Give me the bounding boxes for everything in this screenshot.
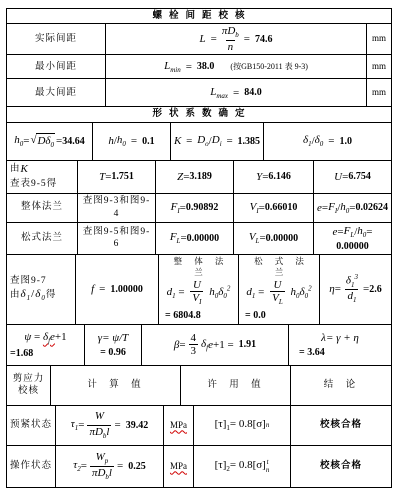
max-spacing-row: 最大间距 Lmax = 84.0 mm (7, 79, 391, 107)
actual-spacing-row: 实际间距 L = πDb n = 74.6 mm (7, 24, 391, 55)
tau2-conclusion: 校核合格 (291, 446, 391, 487)
actual-spacing-value: 74.6 (255, 33, 273, 46)
lambda-cell: λ= γ + η = 3.64 (289, 325, 391, 365)
var-VI: VI (250, 200, 259, 216)
VL-value-cell: VL=0.00000 (234, 223, 314, 254)
actual-spacing-formula: L = πDb n = 74.6 (106, 24, 367, 54)
integral-flange-subheader: 整 体 法 兰 (162, 256, 235, 278)
lambda-formula: λ= γ + η (321, 331, 359, 345)
unit-mm: mm (367, 55, 391, 78)
FI-value-cell: FI=0.90892 (156, 194, 234, 222)
beta-fraction: 43 (189, 332, 199, 357)
K-formula: K = Do/Di = 1.385 (171, 123, 264, 160)
var-h0: h0 (357, 224, 366, 240)
var-h0: h0 (117, 133, 126, 149)
var-Do: Do (197, 133, 208, 149)
gamma-value: = 0.96 (88, 346, 138, 359)
Z-value: 3.189 (189, 170, 212, 183)
h0-formula: h0 = √Dδ0 = 34.64 (7, 123, 93, 160)
var-FL: FL (344, 224, 355, 240)
var-tau2: τ2 (73, 458, 80, 474)
var-K: K (21, 162, 29, 176)
operating-state-row: 操作状态 τ2 = Wp πDbl = 0.25 MPa [τ]2= 0.8[σ… (7, 446, 391, 487)
T-value: 1.751 (111, 170, 134, 183)
var-h0: h0 (14, 133, 23, 149)
d1-integral-formula: d1 = UVI h0δ02 (167, 279, 231, 307)
unit-mm: mm (367, 79, 391, 106)
min-spacing-value: 38.0 (197, 60, 215, 73)
pretightening-state-row: 预紧状态 τ1 = W πDbl = 39.42 MPa [τ]1= 0.8[σ… (7, 406, 391, 446)
d1-loose-formula: d1 = UVL h0δ02 (246, 279, 311, 307)
table-title-row: 螺栓间距校核 (7, 9, 391, 24)
tau2-formula: τ2 = Wp πDbl = 0.25 (56, 446, 164, 487)
U-value-cell: U=6.754 (314, 161, 391, 193)
loose-flange-subheader: 松 式 法 兰 (242, 256, 316, 278)
psi-value: =1.68 (10, 347, 81, 360)
tau2-fraction: Wp πDbl (90, 451, 114, 482)
var-K: K (174, 134, 181, 148)
Y-value-cell: Y=6.146 (234, 161, 314, 193)
T-value-cell: T=1.751 (78, 161, 156, 193)
integral-figure-ref: 查图9-3和图9-4 (78, 194, 156, 222)
tau2-allowable: [τ]2= 0.8[σ]tn (194, 446, 291, 487)
equals-sign: = (186, 60, 192, 74)
integral-flange-row: 整体法兰 查图9-3和图9-4 FI=0.90892 VI=0.66010 e … (7, 194, 391, 223)
d1-integral-value: = 6804.8 (159, 309, 238, 322)
d1-integral-cell: 整 体 法 兰 d1 = UVI h0δ02 = 6804.8 (159, 255, 239, 324)
equals-sign: = (179, 338, 185, 352)
e-loose-value: 0.00000 (336, 240, 369, 253)
equals-sign: = (328, 134, 334, 148)
actual-spacing-label: 实际间距 (7, 24, 106, 54)
tau2-unit: MPa (164, 446, 194, 487)
FL-value-cell: FL=0.00000 (156, 223, 234, 254)
integral-flange-label: 整体法兰 (7, 194, 78, 222)
shape-factor-section-title: 形状系数确定 (7, 107, 391, 121)
fraction: πDb n (220, 25, 241, 53)
beta-value: 1.91 (239, 338, 257, 351)
min-spacing-formula: Lmin = 38.0 (按GB150-2011 表 9-3) (106, 55, 367, 78)
equals-sign: = (335, 282, 341, 296)
tzyu-row: 由K查表9-5得 T=1.751 Z=3.189 Y=6.146 U=6.754 (7, 161, 391, 194)
U-value: 6.754 (348, 170, 371, 183)
max-spacing-label: 最大间距 (7, 79, 106, 106)
h0-value: 34.64 (62, 135, 85, 148)
e-integral-cell: e = FI/h0 = 0.02624 (314, 194, 391, 222)
K-value: 1.385 (238, 135, 261, 148)
max-spacing-value: 84.0 (244, 86, 262, 99)
VI-value-cell: VI=0.66010 (234, 194, 314, 222)
d1-loose-value: = 0.0 (239, 309, 319, 322)
e-integral-value: 0.02624 (355, 201, 388, 214)
conclusion-header: 结 论 (291, 366, 391, 405)
loose-figure-ref: 查图9-5和图9-6 (78, 223, 156, 254)
table-title: 螺栓间距校核 (7, 9, 391, 23)
equals-sign: = (211, 32, 217, 46)
eta-value: 2.6 (369, 283, 382, 296)
FI-value: 0.90892 (186, 201, 219, 214)
var-tau1: τ1 (71, 417, 78, 433)
var-FI: FI (328, 200, 337, 216)
bolt-spacing-check-table: 螺栓间距校核 实际间距 L = πDb n = 74.6 mm 最小间距 Lmi… (6, 8, 392, 488)
allowable-expression: [τ]2= 0.8[σ] (215, 458, 266, 474)
var-Lmin: Lmin (164, 59, 181, 75)
beta-cell: β = 43 δfe+1 = 1.91 (142, 325, 289, 365)
f-d1-row: 查图9-7 由δ1/δ0得 f = 1.00000 整 体 法 兰 d1 = U… (7, 255, 391, 325)
psi-cell: ψ = δfe+1 =1.68 (7, 325, 85, 365)
lookup-table-label: 由K查表9-5得 (7, 161, 78, 193)
d1-loose-cell: 松 式 法 兰 d1 = UVL h0δ02 = 0.0 (239, 255, 320, 324)
operating-state-label: 操作状态 (7, 446, 56, 487)
loose-flange-label: 松式法兰 (7, 223, 78, 254)
allowable-value-header: 许 用 值 (181, 366, 291, 405)
var-h0: h0 (340, 200, 349, 216)
equals-sign: = (131, 134, 137, 148)
loose-flange-row: 松式法兰 查图9-5和图9-6 FL=0.00000 VL=0.00000 e … (7, 223, 391, 255)
unit-mm: mm (367, 24, 391, 54)
equals-sign: = (114, 418, 120, 432)
calculation-sheet: 螺栓间距校核 实际间距 L = πDb n = 74.6 mm 最小间距 Lmi… (0, 0, 398, 478)
FL-value: 0.00000 (187, 232, 220, 245)
h-ratio-formula: h/h0 = 0.1 (93, 123, 171, 160)
equals-sign: = (117, 459, 123, 473)
eta-cell: η = δ13 d1 = 2.6 (320, 255, 391, 324)
var-Lmax: Lmax (210, 85, 228, 101)
e-loose-cell: e = FL/h0 = 0.00000 (314, 223, 391, 254)
Y-value: 6.146 (268, 170, 291, 183)
VI-value: 0.66010 (265, 201, 298, 214)
var-delta0: δ0 (315, 133, 324, 149)
equals-sign: = (366, 225, 372, 239)
var-U: U (334, 170, 342, 184)
shear-check-header-row: 剪应力校核 计 算 值 许 用 值 结 论 (7, 366, 391, 406)
eta-fraction: δ13 d1 (344, 274, 360, 305)
var-f: f (91, 282, 94, 296)
pretightening-state-label: 预紧状态 (7, 406, 56, 445)
equals-sign: = (23, 134, 29, 148)
lookup-pre: 由 (10, 163, 21, 175)
min-spacing-label: 最小间距 (7, 55, 106, 78)
shape-ratios-row: h0 = √Dδ0 = 34.64 h/h0 = 0.1 K = Do/Di =… (7, 123, 391, 161)
calculated-value-header: 计 算 值 (51, 366, 181, 405)
equals-sign: = (99, 282, 105, 296)
tau1-formula: τ1 = W πDbl = 39.42 (56, 406, 164, 445)
var-VL: VL (249, 230, 260, 246)
VL-value: 0.00000 (266, 232, 299, 245)
lambda-value: = 3.64 (289, 346, 391, 359)
shape-factor-section-row: 形状系数确定 (7, 107, 391, 122)
gamma-formula: γ= ψ/T (98, 331, 129, 345)
psi-formula: ψ = δfe+1 (24, 330, 66, 346)
equals-sign: = (81, 459, 87, 473)
lookup-post: 查表9-5得 (10, 178, 57, 190)
delta-ratio-lookup: 由δ1/δ0得 (10, 287, 72, 303)
min-spacing-row: 最小间距 Lmin = 38.0 (按GB150-2011 表 9-3) mm (7, 55, 391, 79)
var-FL: FL (170, 230, 181, 246)
coefficients-row: ψ = δfe+1 =1.68 γ= ψ/T = 0.96 β = 43 δfe… (7, 325, 391, 366)
standard-reference-note: (按GB150-2011 表 9-3) (230, 62, 307, 72)
equals-sign: = (233, 86, 239, 100)
f-value-cell: f = 1.00000 (76, 255, 159, 324)
h-ratio-value: 0.1 (142, 135, 155, 148)
Z-value-cell: Z=3.189 (156, 161, 234, 193)
var-FI: FI (171, 200, 180, 216)
f-value: 1.00000 (110, 283, 143, 296)
tau1-fraction: W πDbl (87, 410, 111, 441)
tau1-unit: MPa (164, 406, 194, 445)
tau1-value: 39.42 (126, 419, 149, 432)
equals-sign: = (78, 418, 84, 432)
equals-sign: = (226, 134, 232, 148)
delta-ratio-formula: δ1/δ0 = 1.0 (264, 123, 391, 160)
beta-tail: +1 = (213, 338, 234, 352)
var-Di: Di (212, 133, 222, 149)
fig97-ref: 查图9-7 (10, 275, 72, 287)
tau1-allowable: [τ]1= 0.8[σ]n (194, 406, 291, 445)
allowable-expression: [τ]1= 0.8[σ] (215, 417, 266, 433)
var-L: L (199, 32, 205, 46)
var-delta1: δ1 (303, 133, 312, 149)
tau1-conclusion: 校核合格 (291, 406, 391, 445)
equals-sign: = (244, 32, 250, 46)
gamma-cell: γ= ψ/T = 0.96 (85, 325, 142, 365)
delta-ratio-value: 1.0 (340, 135, 353, 148)
max-spacing-formula: Lmax = 84.0 (106, 79, 367, 106)
equals-sign: = (186, 134, 192, 148)
sqrt-radical: √Dδ0 (30, 133, 55, 150)
var-delta-f: δf (201, 337, 208, 353)
tau2-value: 0.25 (128, 460, 146, 473)
shear-check-label: 剪应力校核 (7, 366, 51, 405)
fig97-lookup-label: 查图9-7 由δ1/δ0得 (7, 255, 76, 324)
